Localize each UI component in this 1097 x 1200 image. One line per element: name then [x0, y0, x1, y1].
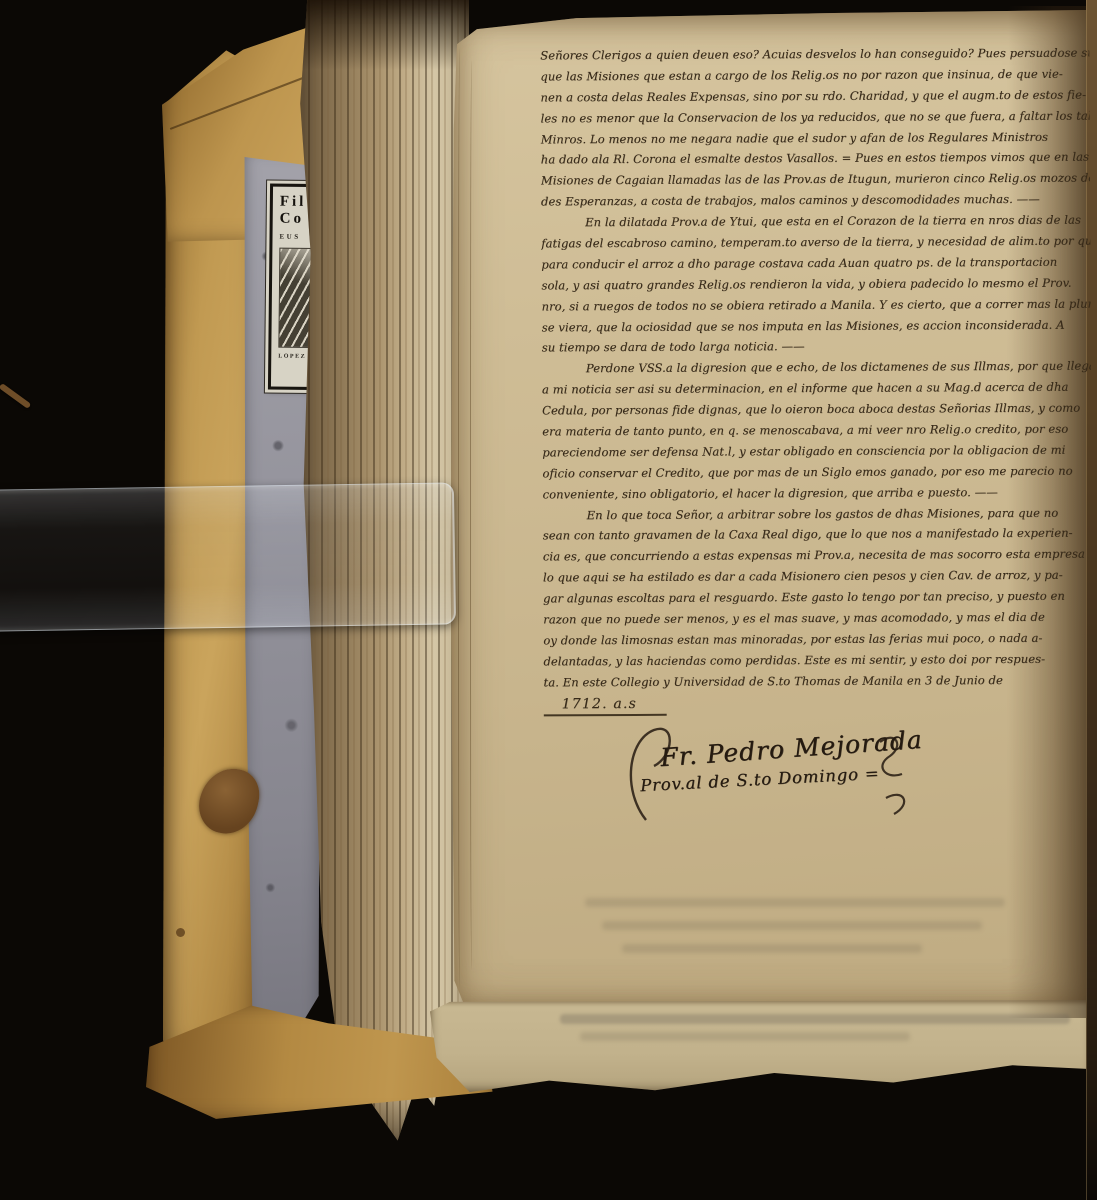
page-edge-line — [458, 48, 462, 988]
manuscript-line: delantadas, y las haciendas como perdida… — [543, 648, 1092, 672]
manuscript-line: ha dado ala Rl. Corona el esmalte destos… — [541, 147, 1090, 171]
manuscript-line: conveniente, sino obligatorio, el hacer … — [542, 481, 1091, 505]
manuscript-line: les no es menor que la Conservacion de l… — [541, 105, 1090, 129]
cover-speck — [176, 928, 185, 937]
manuscript-photo: Fil Co EUS LOPEZ Señores Clerigos a quie… — [0, 0, 1097, 1200]
acrylic-book-weight — [0, 482, 456, 631]
manuscript-line: Cedula, por personas fide dignas, que lo… — [542, 398, 1091, 422]
manuscript-line: lo que aqui se ha estilado es dar a cada… — [543, 565, 1092, 589]
signature-block: Fr. Pedro Mejorada Prov.al de S.to Domin… — [612, 712, 942, 832]
manuscript-line: pareciendome ser defensa Nat.l, y estar … — [542, 439, 1091, 463]
manuscript-line: se viera, que la ociosidad que se nos im… — [542, 314, 1091, 338]
manuscript-line: su tiempo se dara de todo larga noticia.… — [542, 335, 1091, 359]
manuscript-line: era materia de tanto punto, en q. se men… — [542, 419, 1091, 443]
ink-showthrough — [560, 1014, 1070, 1024]
manuscript-line: Misiones de Cagaian llamadas las de las … — [541, 168, 1090, 192]
manuscript-line: nro, si a ruegos de todos no se obiera r… — [542, 293, 1091, 317]
manuscript-line: Perdone VSS.a la digresion que e echo, d… — [542, 356, 1091, 380]
manuscript-line: gar algunas escoltas para el resguardo. … — [543, 586, 1092, 610]
manuscript-line: cia es, que concurriendo a estas expensa… — [543, 544, 1092, 568]
manuscript-line: razon que no puede ser menos, y es el ma… — [543, 607, 1092, 631]
manuscript-line: Minros. Lo menos no me negara nadie que … — [541, 126, 1090, 150]
manuscript-line: En la dilatada Prov.a de Ytui, que esta … — [541, 210, 1090, 234]
manuscript-text-block: Señores Clerigos a quien deuen eso? Acui… — [540, 43, 1093, 738]
manuscript-line: que las Misiones que estan a cargo de lo… — [540, 63, 1089, 87]
manuscript-line: sean con tanto gravamen de la Caxa Real … — [543, 523, 1092, 547]
manuscript-line: Señores Clerigos a quien deuen eso? Acui… — [540, 43, 1089, 67]
ink-showthrough — [602, 921, 982, 930]
manuscript-line: des Esperanzas, a costa de trabajos, mal… — [541, 189, 1090, 213]
manuscript-line: fatigas del escabroso camino, temperam.t… — [541, 231, 1090, 255]
ink-showthrough — [585, 898, 1005, 907]
manuscript-line: a mi noticia ser asi su determinacion, e… — [542, 377, 1091, 401]
manuscript-line: ta. En este Collegio y Universidad de S.… — [543, 669, 1092, 693]
ink-showthrough — [580, 1032, 910, 1041]
manuscript-line: En lo que toca Señor, a arbitrar sobre l… — [543, 502, 1092, 526]
manuscript-line: oy donde las limosnas estan mas minorada… — [543, 627, 1092, 651]
manuscript-line: sola, y asi quatro grandes Relig.os rend… — [541, 272, 1090, 296]
manuscript-line: nen a costa delas Reales Expensas, sino … — [540, 84, 1089, 108]
manuscript-line: para conducir el arroz a dho parage cost… — [541, 251, 1090, 275]
ink-showthrough — [622, 944, 922, 953]
bookmark-string — [0, 383, 31, 409]
page-edge-line — [470, 60, 474, 970]
manuscript-line: oficio conservar el Credito, que por mas… — [542, 460, 1091, 484]
